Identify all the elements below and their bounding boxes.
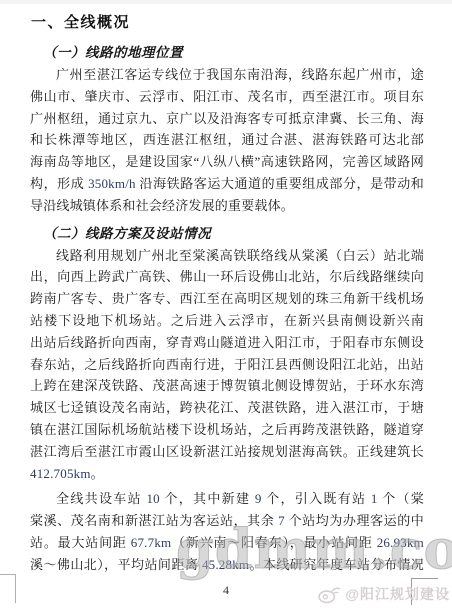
text-line: 棠溪、茂名南和新湛江站为客运站，其余 7 个站均为办理客运的中间	[30, 510, 424, 532]
numeric-value: 350km/h	[88, 176, 136, 191]
numeric-value: 10	[146, 491, 159, 506]
numeric-value: 1	[371, 491, 378, 506]
text-line: 春东站，之后线路折向西南行进，于阳江县西侧设阳江北站，出站后	[30, 354, 424, 376]
document-body: 一、全线概况 （一）线路的地理位置广州至湛江客运专线位于我国东南沿海，线路东起广…	[0, 0, 452, 576]
text-line: 站楼下设地下机场站。之后进入云浮市，在新兴县南侧设新兴南站，	[30, 310, 424, 332]
numeric-value: 7	[278, 513, 285, 528]
text-line: 湛江湾后至湛江市霞山区设新湛江站接规划湛海高铁。正线建筑长度	[30, 441, 424, 463]
text-line: 城区七迳镇设茂名南站，跨袂花江、茂湛铁路，进入湛江市，于塘缀	[30, 397, 424, 419]
numeric-value: 67.7km	[131, 535, 172, 550]
document-title: 一、全线概况	[31, 12, 424, 34]
page-number: 4	[223, 583, 229, 597]
paragraph: 全线共设车站 10 个，其中新建 9 个，引入既有站 1 个（棠溪），棠溪、茂名…	[30, 488, 424, 575]
text-line: 412.705km。	[30, 463, 424, 485]
text-line: 线路利用规划广州北至棠溪高铁联络线从棠溪（白云）站北端引	[30, 245, 424, 267]
numeric-value: 9	[255, 491, 262, 506]
weibo-icon	[317, 585, 341, 604]
text-line: 构，形成 350km/h 沿海铁路客运大通道的重要组成部分，是带动和引	[30, 173, 424, 195]
paragraph: 广州至湛江客运专线位于我国东南沿海，线路东起广州市，途经佛山市、肇庆市、云浮市、…	[30, 64, 424, 217]
text-line: 广州至湛江客运专线位于我国东南沿海，线路东起广州市，途经	[30, 64, 424, 86]
numeric-value: 45.28km	[202, 557, 249, 572]
text-line: 广州枢纽，通过京九、京广以及沿海客专可抵京津冀、长三角、海西	[30, 108, 424, 130]
paragraph: 线路利用规划广州北至棠溪高铁联络线从棠溪（白云）站北端引出，向西上跨武广高铁、佛…	[30, 245, 424, 485]
text-line: 出站后线路折向西南，穿青鸡山隧道进入阳江市，于阳春市东侧设阳	[30, 332, 424, 354]
text-line: 海南岛等地区，是建设国家“八纵八横”高速铁路网，完善区域路网结	[30, 151, 424, 173]
text-line: 出，向西上跨武广高铁、佛山一环后设佛山北站，尔后线路继续向西	[30, 266, 424, 288]
text-line: 站。最大站间距 67.7km（新兴南～阳春东），最小站间距 26.93km（棠	[30, 532, 424, 554]
section-heading: （二）线路方案及设站情况	[30, 223, 424, 245]
numeric-value: 26.93km	[377, 535, 424, 550]
text-line: 和长株潭等地区，西连湛江枢纽，通过合湛、湛海铁路可达北部湾、	[30, 129, 424, 151]
credit-watermark: @阳江规划建设	[317, 584, 450, 604]
text-line: 全线共设车站 10 个，其中新建 9 个，引入既有站 1 个（棠溪），	[30, 488, 424, 510]
text-line: 上跨在建深茂铁路、茂湛高速于博贺镇北侧设博贺站，于环水东湾新	[30, 375, 424, 397]
numeric-value: 412.705km	[30, 466, 91, 481]
text-line: 导沿线城镇体系和社会经济发展的重要载体。	[30, 195, 424, 217]
text-line: 佛山市、肇庆市、云浮市、阳江市、茂名市，西至湛江市。项目东接	[30, 86, 424, 108]
document-blocks: （一）线路的地理位置广州至湛江客运专线位于我国东南沿海，线路东起广州市，途经佛山…	[30, 42, 424, 576]
text-line: 溪～佛山北），平均站间距离 45.28km。本线研究年度车站分布情况详	[30, 554, 424, 576]
section-heading: （一）线路的地理位置	[30, 42, 424, 64]
text-line: 镇在湛江国际机场航站楼下设机场站，之后再跨茂湛铁路，隧道穿越	[30, 419, 424, 441]
credit-text: @阳江规划建设	[345, 584, 450, 604]
text-line: 跨南广客专、贵广客专、西江至在高明区规划的珠三角新干线机场航	[30, 288, 424, 310]
